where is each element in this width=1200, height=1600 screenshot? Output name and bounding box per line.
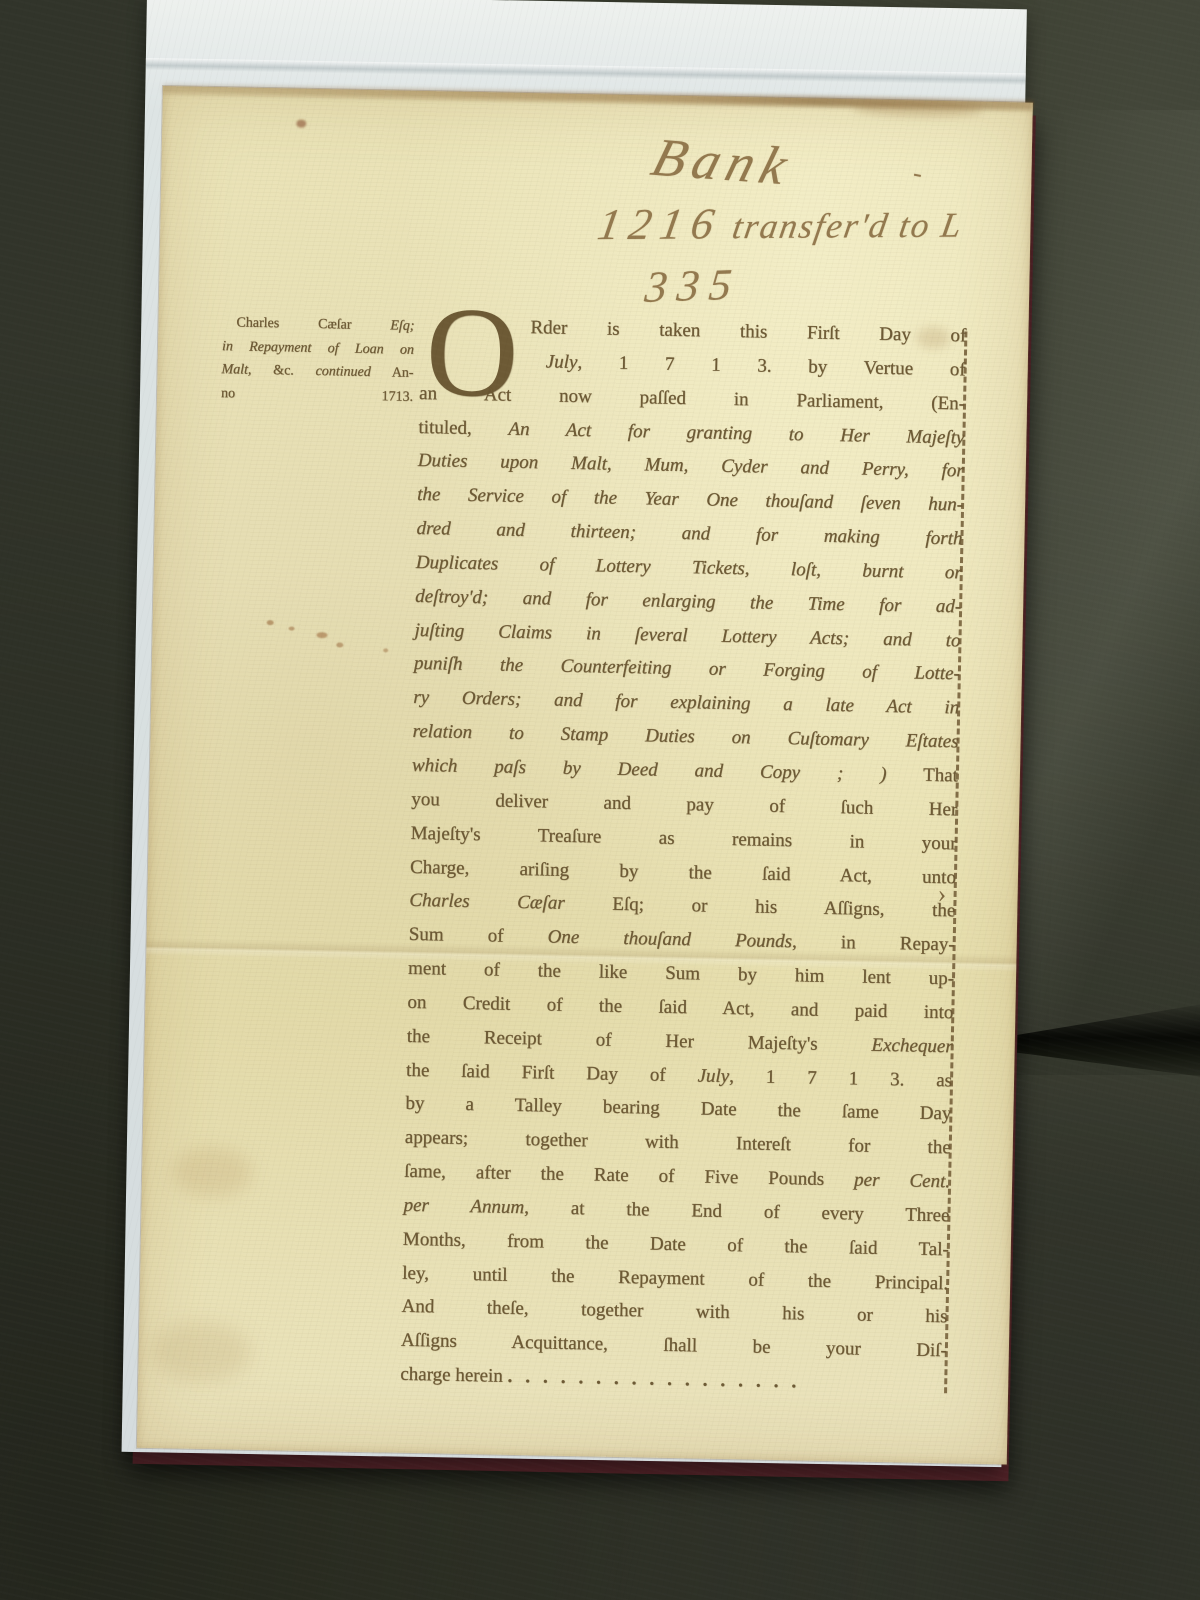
stain: [150, 1321, 251, 1383]
text-run: no 1713.: [221, 386, 413, 405]
foxing-spot: [316, 632, 327, 638]
text-run: That: [886, 764, 958, 786]
stain: [172, 1146, 253, 1198]
tissue-fold-crease: [146, 58, 1026, 85]
text-run: Sum of: [409, 924, 548, 948]
text-run: .................: [507, 1366, 809, 1393]
text-run: Charles Cæſar: [409, 890, 565, 914]
text-run: An-: [371, 365, 414, 381]
handwritten-transfer-line: 1216 transfer'd to L: [594, 197, 968, 251]
caret-mark: ›: [937, 879, 946, 909]
text-run: continued: [315, 364, 370, 380]
handwritten-ledger-number: 1216: [594, 199, 726, 249]
photo-background: Bank 1216 transfer'd to L 335 - Charles …: [0, 0, 1200, 1600]
text-run: &c.: [251, 363, 315, 379]
background-crease-sheen: [1005, 110, 1200, 1040]
handwritten-transfer-note: transfer'd to L: [730, 206, 967, 247]
text-run: Rder is taken this Firſt Day of: [530, 317, 966, 346]
text-run: charge herein: [400, 1364, 508, 1387]
foxing-spot: [336, 642, 343, 647]
text-run: Eſq;: [390, 318, 414, 333]
text-run: in Repayment of Loan on: [222, 339, 414, 358]
text-run: per Annum: [403, 1195, 524, 1218]
margin-note-lines: Charles Cæſar Eſq;in Repayment of Loan o…: [221, 315, 415, 413]
foxing-spot: [289, 627, 295, 631]
handwritten-stray-mark: -: [911, 158, 925, 189]
text-run: the ſaid Firſt Day of: [406, 1059, 698, 1086]
text-run: July: [546, 351, 578, 373]
text-run: Exchequer: [871, 1034, 953, 1057]
foxing-spot: [383, 648, 388, 652]
text-run: tituled,: [418, 417, 508, 440]
foxing-spot: [267, 620, 274, 625]
text-run: Malt,: [221, 362, 251, 378]
background-fold-highlight: [1000, 1075, 1200, 1235]
handwritten-bank-label: Bank: [645, 126, 801, 197]
text-run: July: [697, 1065, 729, 1087]
foxing-spot: [296, 120, 306, 128]
handwritten-folio-number: 335: [643, 259, 744, 313]
text-run: Charles Cæſar: [236, 315, 390, 333]
document-paper: Bank 1216 transfer'd to L 335 - Charles …: [137, 86, 1033, 1464]
margin-note-line: no 1713.: [221, 386, 413, 413]
text-run: , 1 7 1 3. as: [729, 1066, 952, 1091]
text-run: per Cent.: [854, 1170, 950, 1193]
margin-note: Charles Cæſar Eſq;in Repayment of Loan o…: [221, 315, 415, 413]
text-run: One thouſand Pounds: [547, 927, 792, 953]
document-body-text: Rder is taken this Firſt Day ofJuly, 1 7…: [400, 315, 967, 1408]
text-run: , in Repay-: [792, 931, 955, 955]
